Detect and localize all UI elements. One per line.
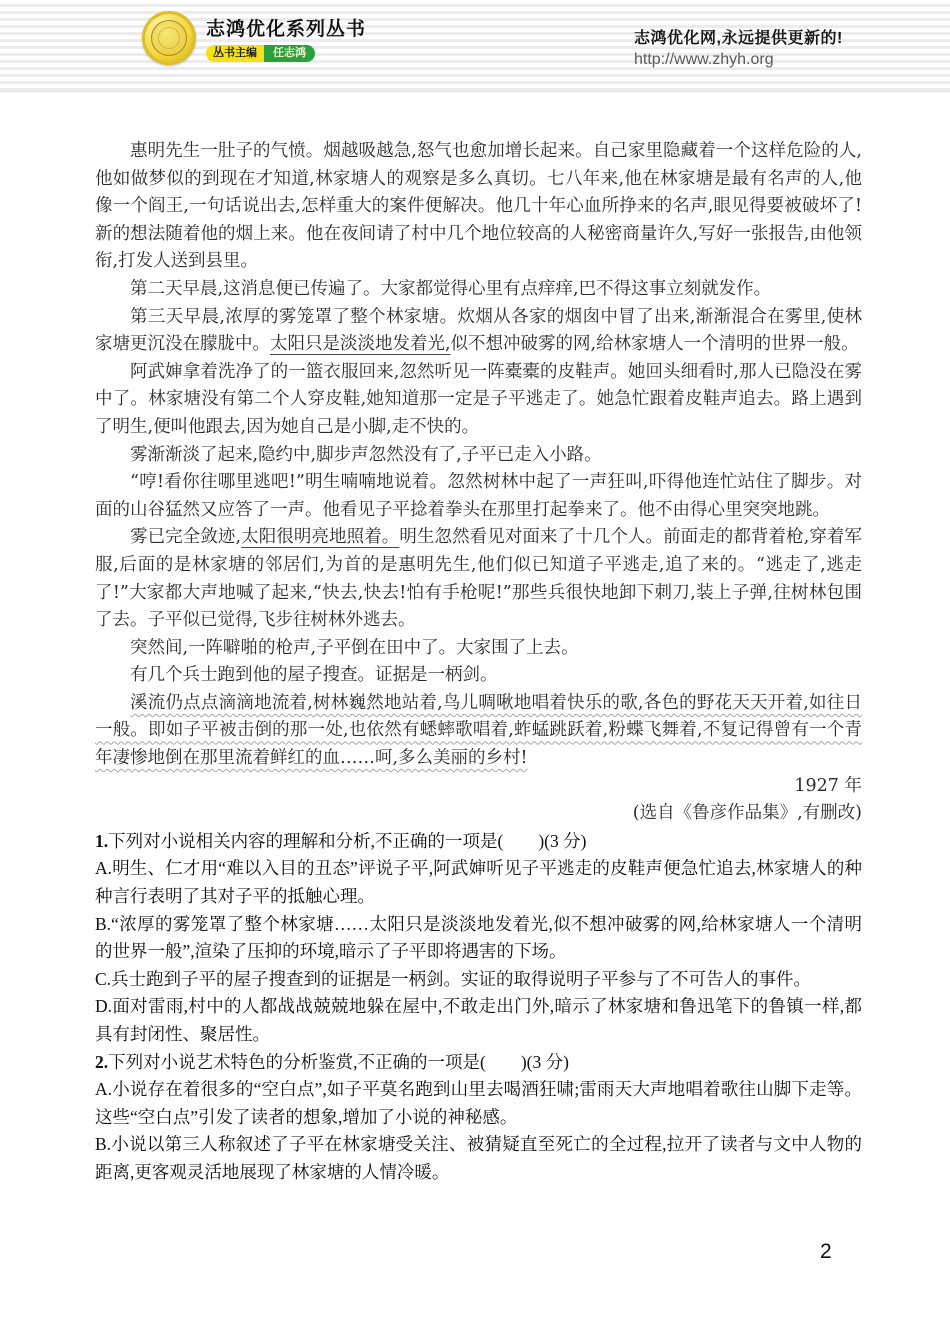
question-2-stem: 2.下列对小说艺术特色的分析鉴赏,不正确的一项是( )(3 分) [95, 1049, 862, 1077]
passage-text: “哼!看你往哪里逃吧!”明生喃喃地说着。忽然树林中起了一声狂叫,吓得他连忙站住了… [95, 472, 862, 520]
question-1-option: D.面对雷雨,村中的人都战战兢兢地躲在屋中,不敢走出门外,暗示了林家塘和鲁迅笔下… [95, 993, 862, 1048]
question-1-option: C.兵士跑到子平的屋子搜查到的证据是一柄剑。实证的取得说明子平参与了不可告人的事… [95, 966, 862, 994]
passage-paragraph: “哼!看你往哪里逃吧!”明生喃喃地说着。忽然树林中起了一声狂叫,吓得他连忙站住了… [95, 469, 862, 524]
passage-text: 有几个兵士跑到他的屋子搜查。证据是一柄剑。 [130, 665, 498, 685]
editor-pill: 丛书主编 任志鸿 [206, 45, 315, 62]
passage-paragraph: 第三天早晨,浓厚的雾笼罩了整个林家塘。炊烟从各家的烟囱中冒了出来,渐渐混合在雾里… [95, 304, 862, 359]
passage-text: 惠明先生一肚子的气愤。烟越吸越急,怒气也愈加增长起来。自己家里隐藏着一个这样危险… [95, 141, 862, 271]
medal-inner-ring [151, 20, 187, 56]
passage-text: 雾已完全敛迹, [130, 527, 241, 547]
passage-paragraph: 雾已完全敛迹,太阳很明亮地照着。明生忽然看见对面来了十几个人。前面走的都背着枪,… [95, 524, 862, 634]
passage-date-line: 1927 年 [95, 773, 862, 801]
brand-text: 志鸿优化系列丛书 丛书主编 任志鸿 [206, 14, 366, 62]
questions: 1.下列对小说相关内容的理解和分析,不正确的一项是( )(3 分)A.明生、仁才… [95, 828, 862, 1187]
passage-paragraph: 有几个兵士跑到他的屋子搜查。证据是一柄剑。 [95, 662, 862, 690]
passage-paragraph: 惠明先生一肚子的气愤。烟越吸越急,怒气也愈加增长起来。自己家里隐藏着一个这样危险… [95, 138, 862, 276]
passage-text: 第二天早晨,这消息便已传遍了。大家都觉得心里有点痒痒,巴不得这事立刻就发作。 [130, 279, 771, 299]
passage: 惠明先生一肚子的气愤。烟越吸越急,怒气也愈加增长起来。自己家里隐藏着一个这样危险… [95, 138, 862, 773]
passage-source-line: (选自《鲁彦作品集》,有删改) [95, 800, 862, 828]
question-1-option: B.“浓厚的雾笼罩了整个林家塘……太阳只是淡淡地发着光,似不想冲破雾的网,给林家… [95, 911, 862, 966]
medal-logo-icon [142, 11, 196, 65]
series-title: 志鸿优化系列丛书 [206, 14, 366, 41]
site-block: 志鸿优化网,永远提供更新的! http://www.zhyh.org [634, 25, 843, 69]
brand-block: 志鸿优化系列丛书 丛书主编 任志鸿 [142, 11, 366, 65]
site-slogan: 志鸿优化网,永远提供更新的! [634, 25, 843, 48]
passage-paragraph: 溪流仍点点滴滴地流着,树林巍然地站着,鸟儿啁啾地唱着快乐的歌,各色的野花天天开着… [95, 690, 862, 773]
question-2-option: A.小说存在着很多的“空白点”,如子平莫名跑到山里去喝酒狂啸;雷雨天大声地唱着歌… [95, 1076, 862, 1131]
question-2-option: B.小说以第三人称叙述了子平在林家塘受关注、被猜疑直至死亡的全过程,拉开了读者与… [95, 1131, 862, 1186]
underlined-sentence: 太阳很明亮地照着。 [241, 527, 399, 547]
passage-text: 雾渐渐淡了起来,隐约中,脚步声忽然没有了,子平已走入小路。 [130, 445, 602, 465]
site-url-link[interactable]: http://www.zhyh.org [634, 51, 843, 69]
page-number: 2 [820, 1240, 832, 1264]
passage-paragraph: 第二天早晨,这消息便已传遍了。大家都觉得心里有点痒痒,巴不得这事立刻就发作。 [95, 276, 862, 304]
question-number: 1. [95, 831, 108, 851]
question-number: 2. [95, 1052, 108, 1072]
wavy-underlined-sentence: 溪流仍点点滴滴地流着,树林巍然地站着,鸟儿啁啾地唱着快乐的歌,各色的野花天天开着… [95, 693, 862, 768]
underlined-sentence: 太阳只是淡淡地发着光, [270, 334, 451, 354]
passage-text: 阿武婶拿着洗净了的一篮衣服回来,忽然听见一阵橐橐的皮鞋声。她回头细看时,那人已隐… [95, 362, 862, 437]
passage-text: 似不想冲破雾的网,给林家塘人一个清明的世界一般。 [451, 334, 859, 354]
passage-paragraph: 阿武婶拿着洗净了的一篮衣服回来,忽然听见一阵橐橐的皮鞋声。她回头细看时,那人已隐… [95, 359, 862, 442]
editor-label: 丛书主编 [206, 45, 264, 62]
header-banner: 志鸿优化系列丛书 丛书主编 任志鸿 志鸿优化网,永远提供更新的! http://… [0, 0, 950, 92]
question-1-stem: 1.下列对小说相关内容的理解和分析,不正确的一项是( )(3 分) [95, 828, 862, 856]
passage-text: 突然间,一阵噼啪的枪声,子平倒在田中了。大家围了上去。 [130, 638, 579, 658]
editor-name: 任志鸿 [264, 45, 315, 62]
passage-paragraph: 雾渐渐淡了起来,隐约中,脚步声忽然没有了,子平已走入小路。 [95, 442, 862, 470]
passage-paragraph: 突然间,一阵噼啪的枪声,子平倒在田中了。大家围了上去。 [95, 635, 862, 663]
document-content: 惠明先生一肚子的气愤。烟越吸越急,怒气也愈加增长起来。自己家里隐藏着一个这样危险… [95, 138, 862, 1187]
question-1-option: A.明生、仁才用“难以入目的丑态”评说子平,阿武婶听见子平逃走的皮鞋声便急忙追去… [95, 855, 862, 910]
